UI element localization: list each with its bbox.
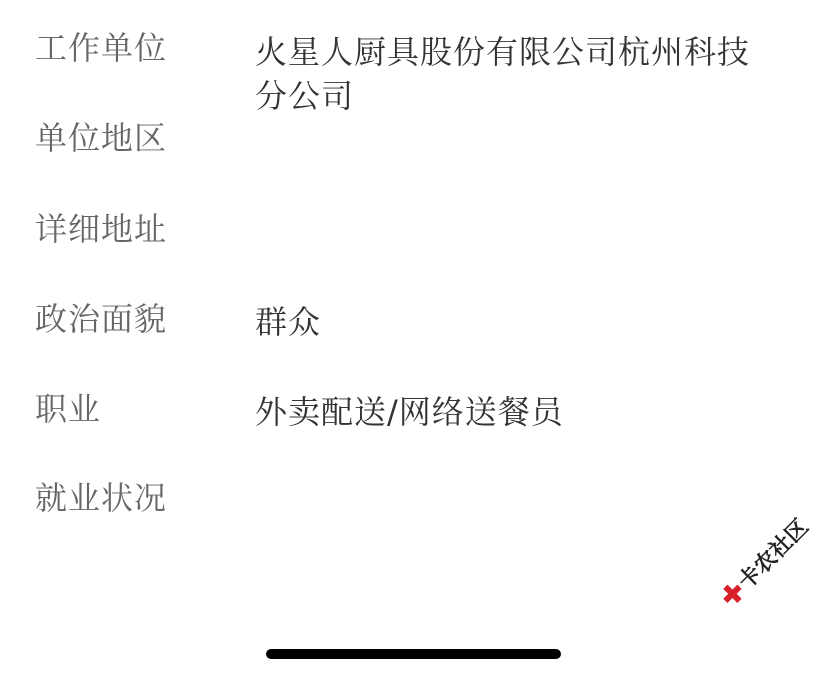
field-value: 火星人厨具股份有限公司杭州科技 分公司 bbox=[255, 30, 775, 118]
field-label: 详细地址 bbox=[35, 207, 167, 251]
field-label: 职业 bbox=[35, 387, 101, 431]
field-value-line1: 火星人厨具股份有限公司杭州科技 bbox=[255, 30, 775, 74]
field-value-line2: 分公司 bbox=[255, 74, 775, 118]
field-value: 群众 bbox=[255, 300, 775, 344]
field-label: 工作单位 bbox=[35, 26, 167, 70]
field-label: 单位地区 bbox=[35, 116, 167, 160]
watermark: 卡农社区 bbox=[714, 511, 814, 611]
home-indicator[interactable] bbox=[266, 649, 561, 659]
field-value: 外卖配送/网络送餐员 bbox=[255, 390, 775, 434]
field-label: 就业状况 bbox=[35, 476, 167, 520]
field-label: 政治面貌 bbox=[35, 297, 167, 341]
watermark-text: 卡农社区 bbox=[730, 511, 814, 595]
